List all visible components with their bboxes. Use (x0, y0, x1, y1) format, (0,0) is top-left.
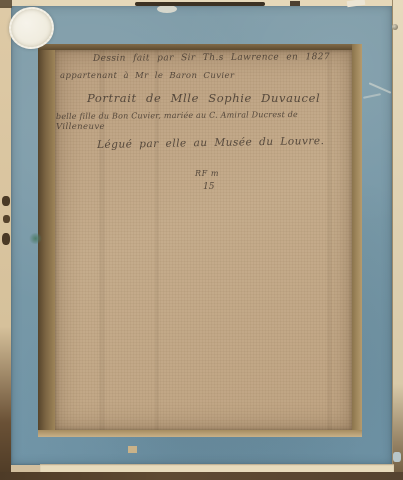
inscription-line-4: belle fille du Bon Cuvier, mariée au C. … (56, 110, 298, 121)
top-edge-slot (135, 2, 265, 6)
inscription-line-5: Villeneuve (56, 122, 105, 132)
metal-nail (392, 24, 398, 30)
inscription-line-1: Dessin fait par Sir Th.s Lawrence en 182… (93, 52, 330, 64)
inventory-mark-number: 15 (203, 182, 214, 192)
paint-smudge (29, 233, 42, 244)
chip-mark (128, 446, 137, 453)
bevel-bottom (38, 430, 362, 437)
canvas-verso: Dessin fait par Sir Th.s Lawrence en 182… (55, 50, 352, 430)
chip-mark (2, 233, 10, 245)
frame-opening: Dessin fait par Sir Th.s Lawrence en 182… (38, 44, 362, 437)
chip-mark (393, 452, 401, 462)
paint-drip (157, 5, 177, 13)
stretcher-shadow (327, 50, 332, 430)
inscription-line-6: Légué par elle au Musée du Louvre. (97, 135, 325, 151)
board-edge-bottom-cream (40, 464, 394, 472)
board-edge-bottom-dark (0, 472, 403, 480)
stretcher-shadow (99, 50, 105, 430)
stretcher-shadow (155, 50, 159, 430)
scratch-mark (369, 82, 392, 94)
inventory-mark-rf: RF m (195, 169, 219, 178)
corner-damage (0, 0, 12, 8)
inscription-line-2: appartenant à Mr le Baron Cuvier (60, 71, 234, 81)
blue-frame-back: Dessin fait par Sir Th.s Lawrence en 182… (11, 5, 392, 465)
bevel-right (352, 44, 362, 437)
framed-artwork-verso-photo: Dessin fait par Sir Th.s Lawrence en 182… (0, 0, 403, 480)
board-edge-right (392, 0, 403, 480)
chip-mark (2, 196, 10, 206)
chip-mark (290, 1, 300, 6)
scratch-mark (363, 93, 381, 99)
chip-mark (3, 215, 10, 223)
inscription-line-3: Portrait de Mlle Sophie Duvaucel (87, 91, 320, 105)
